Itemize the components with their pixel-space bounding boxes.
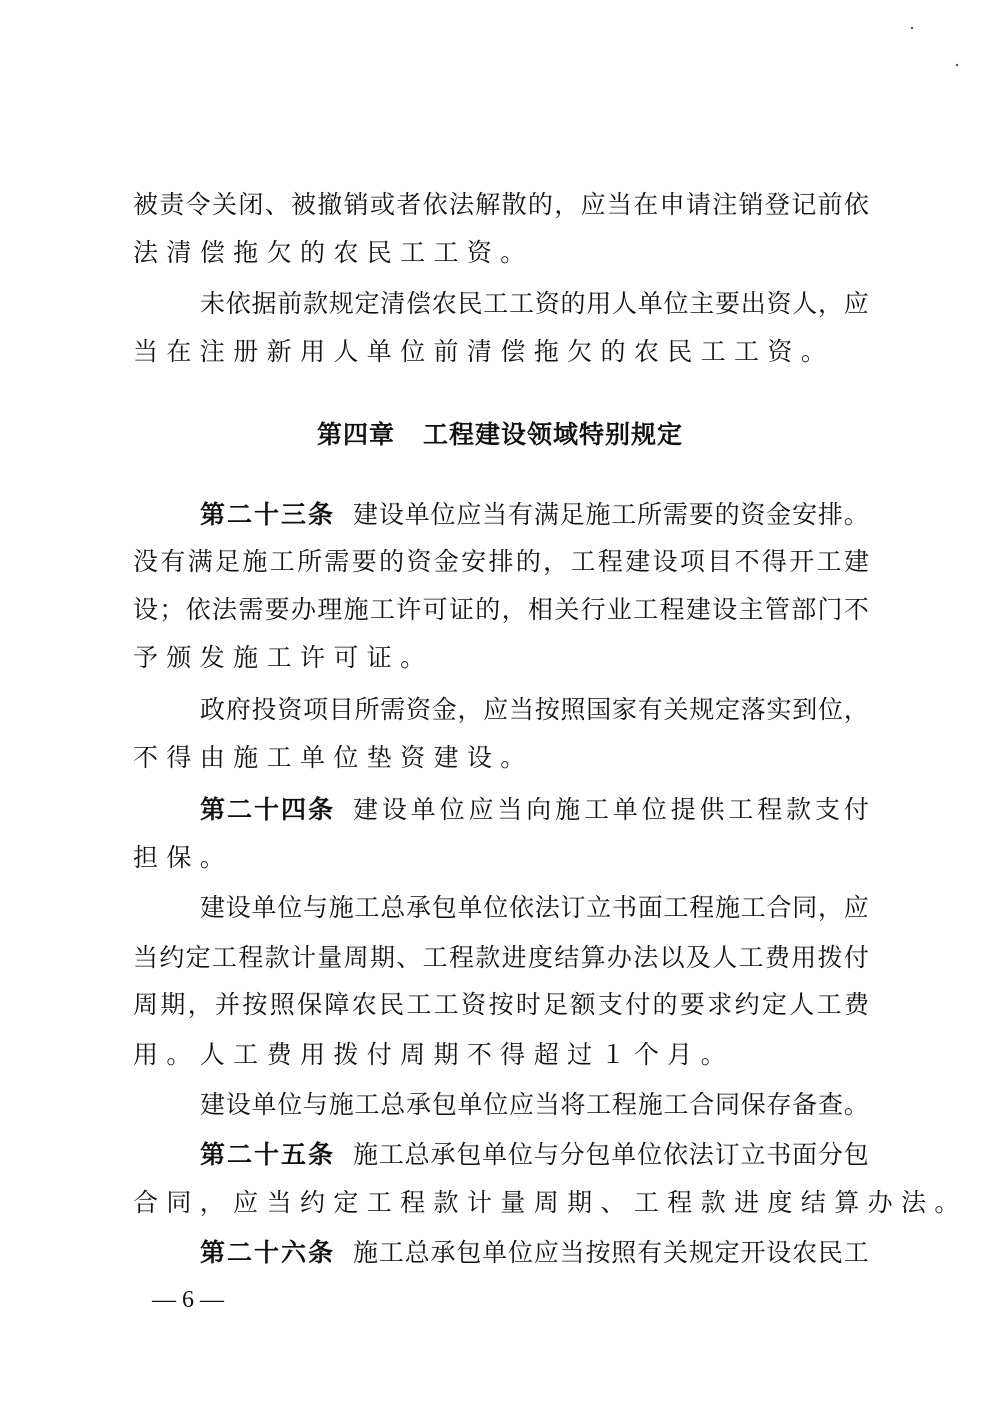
article-line: 第二十四条建设单位应当向施工单位提供工程款支付 [200,790,869,830]
article-text: 施工总承包单位应当按照有关规定开设农民工 [353,1233,869,1273]
chapter-number: 第四章 [317,420,395,449]
text-line: 法清偿拖欠的农民工工资。 [133,233,869,273]
text-line: 予颁发施工许可证。 [133,638,869,678]
article-number: 第二十六条 [200,1233,335,1273]
text-line: 设；依法需要办理施工许可证的，相关行业工程建设主管部门不 [133,590,869,630]
text-line: 被责令关闭、被撤销或者依法解散的，应当在申请注销登记前依 [133,185,869,225]
scan-speck [956,64,959,67]
page-number: — 6 — [152,1282,224,1318]
article-number: 第二十四条 [200,790,335,830]
text-line: 合同，应当约定工程款计量周期、工程款进度结算办法。 [133,1183,869,1223]
article-line: 第二十五条施工总承包单位与分包单位依法订立书面分包 [200,1135,869,1175]
text-line: 担保。 [133,838,869,878]
article-number: 第二十五条 [200,1135,335,1175]
article-text: 建设单位应当向施工单位提供工程款支付 [353,790,869,830]
article-line: 第二十三条建设单位应当有满足施工所需要的资金安排。 [200,495,869,535]
article-text: 建设单位应当有满足施工所需要的资金安排。 [353,495,869,535]
document-page: 被责令关闭、被撤销或者依法解散的，应当在申请注销登记前依法清偿拖欠的农民工工资。… [0,0,1000,1413]
text-line: 不得由施工单位垫资建设。 [133,738,869,778]
text-line: 没有满足施工所需要的资金安排的，工程建设项目不得开工建 [133,542,869,582]
text-line: 建设单位与施工总承包单位依法订立书面工程施工合同，应 [200,888,869,928]
article-text: 施工总承包单位与分包单位依法订立书面分包 [353,1135,869,1175]
scan-speck [911,27,914,30]
text-line: 用。人工费用拨付周期不得超过１个月。 [133,1035,869,1075]
text-line: 当约定工程款计量周期、工程款进度结算办法以及人工费用拨付 [133,938,869,978]
text-line: 周期，并按照保障农民工工资按时足额支付的要求约定人工费 [133,985,869,1025]
article-line: 第二十六条施工总承包单位应当按照有关规定开设农民工 [200,1233,869,1273]
text-line: 建设单位与施工总承包单位应当将工程施工合同保存备查。 [200,1085,869,1125]
text-line: 未依据前款规定清偿农民工工资的用人单位主要出资人，应 [200,284,869,324]
chapter-heading: 第四章工程建设领域特别规定 [0,415,1000,455]
text-line: 政府投资项目所需资金，应当按照国家有关规定落实到位， [200,690,869,730]
text-line: 当在注册新用人单位前清偿拖欠的农民工工资。 [133,332,869,372]
article-number: 第二十三条 [200,495,335,535]
chapter-title: 工程建设领域特别规定 [423,420,683,449]
